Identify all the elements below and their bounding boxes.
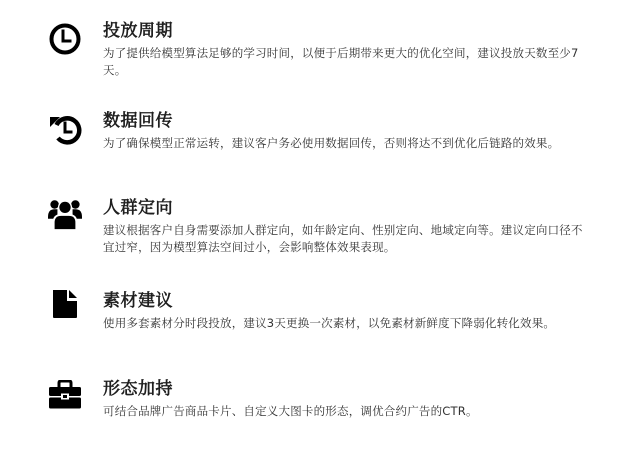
briefcase-icon [48,378,82,412]
tip-title: 素材建议 [103,290,593,312]
tip-description: 为了提供给模型算法足够的学习时间，以便于后期带来更大的优化空间，建议投放天数至少… [103,45,593,79]
tip-title: 投放周期 [103,20,593,42]
tip-title: 形态加持 [103,378,593,400]
tip-title: 人群定向 [103,197,593,219]
tip-text: 人群定向 建议根据客户自身需要添加人群定向，如年龄定向、性别定向、地域定向等。建… [103,197,593,256]
tip-text: 素材建议 使用多套素材分时段投放，建议3天更换一次素材，以免素材新鲜度下降弱化转… [103,290,593,332]
history-icon [48,112,82,146]
tip-text: 数据回传 为了确保模型正常运转，建议客户务必使用数据回传，否则将达不到优化后链路… [103,110,593,152]
tip-description: 可结合品牌广告商品卡片、自定义大图卡的形态，调优合约广告的CTR。 [103,403,593,420]
tip-text: 形态加持 可结合品牌广告商品卡片、自定义大图卡的形态，调优合约广告的CTR。 [103,378,593,420]
clock-icon [48,22,82,56]
users-icon [48,197,82,231]
tip-description: 建议根据客户自身需要添加人群定向，如年龄定向、性别定向、地域定向等。建议定向口径… [103,222,593,256]
tip-description: 为了确保模型正常运转，建议客户务必使用数据回传，否则将达不到优化后链路的效果。 [103,135,593,152]
tip-text: 投放周期 为了提供给模型算法足够的学习时间，以便于后期带来更大的优化空间，建议投… [103,20,593,79]
tip-description: 使用多套素材分时段投放，建议3天更换一次素材，以免素材新鲜度下降弱化转化效果。 [103,315,593,332]
tip-title: 数据回传 [103,110,593,132]
file-icon [48,287,82,321]
